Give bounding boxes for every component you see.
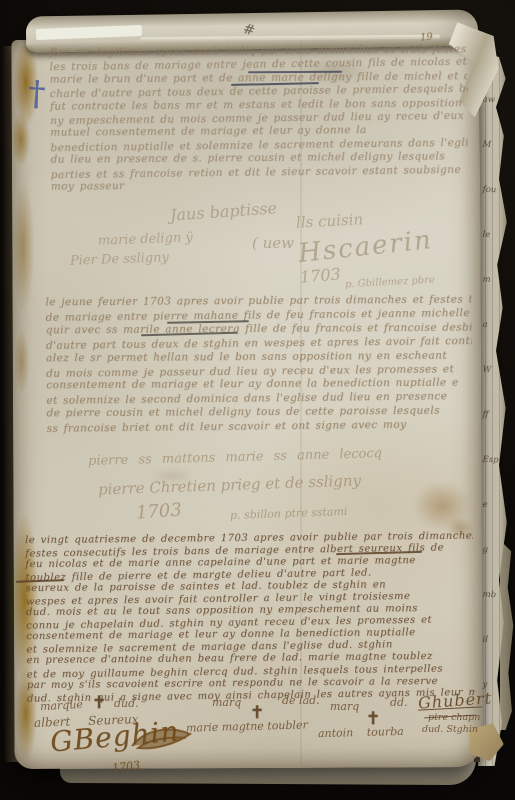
edge-text-fragment: W [477,365,503,411]
mark-name: antoin tourba [318,725,404,740]
edge-text-fragment: M [477,140,503,186]
edge-text-fragment: le [477,230,503,276]
mark-qualifier: dd. [390,696,408,709]
mark-cross: ✝ [92,693,106,713]
photo-backdrop: leawMfoulemaWffEspegmbily 19 # † fiez mr… [0,0,515,800]
edge-text-fragment: m [477,275,503,321]
mark-label: marque [40,698,84,713]
record-2-text-block: le jeune feurier 1703 apres avoir publie… [45,293,472,436]
mark-label: marq [212,696,241,709]
year-note: 1703 [299,264,341,286]
mark-qualifier: de lad. [282,694,320,707]
folio-number: 19 [420,32,433,44]
blue-ink-cross: † [27,74,46,115]
priest-title-line: dud. Stghin [422,724,478,735]
signature-flourish: ( uew [252,234,294,252]
edge-text-fragment: a [477,320,503,366]
mark-qualifier: dud. [114,697,139,710]
mark-label: marq [330,700,359,713]
record-1-text-block: fiez mr legitimes apres avoir indiq par … [49,43,469,195]
edge-text-fragment: fou [477,185,503,231]
signature: lls cuisin [296,210,364,231]
record-3-text-block: le vingt quatriesme de decembre 1703 apr… [25,530,475,704]
year-note: 1703 [135,499,182,523]
